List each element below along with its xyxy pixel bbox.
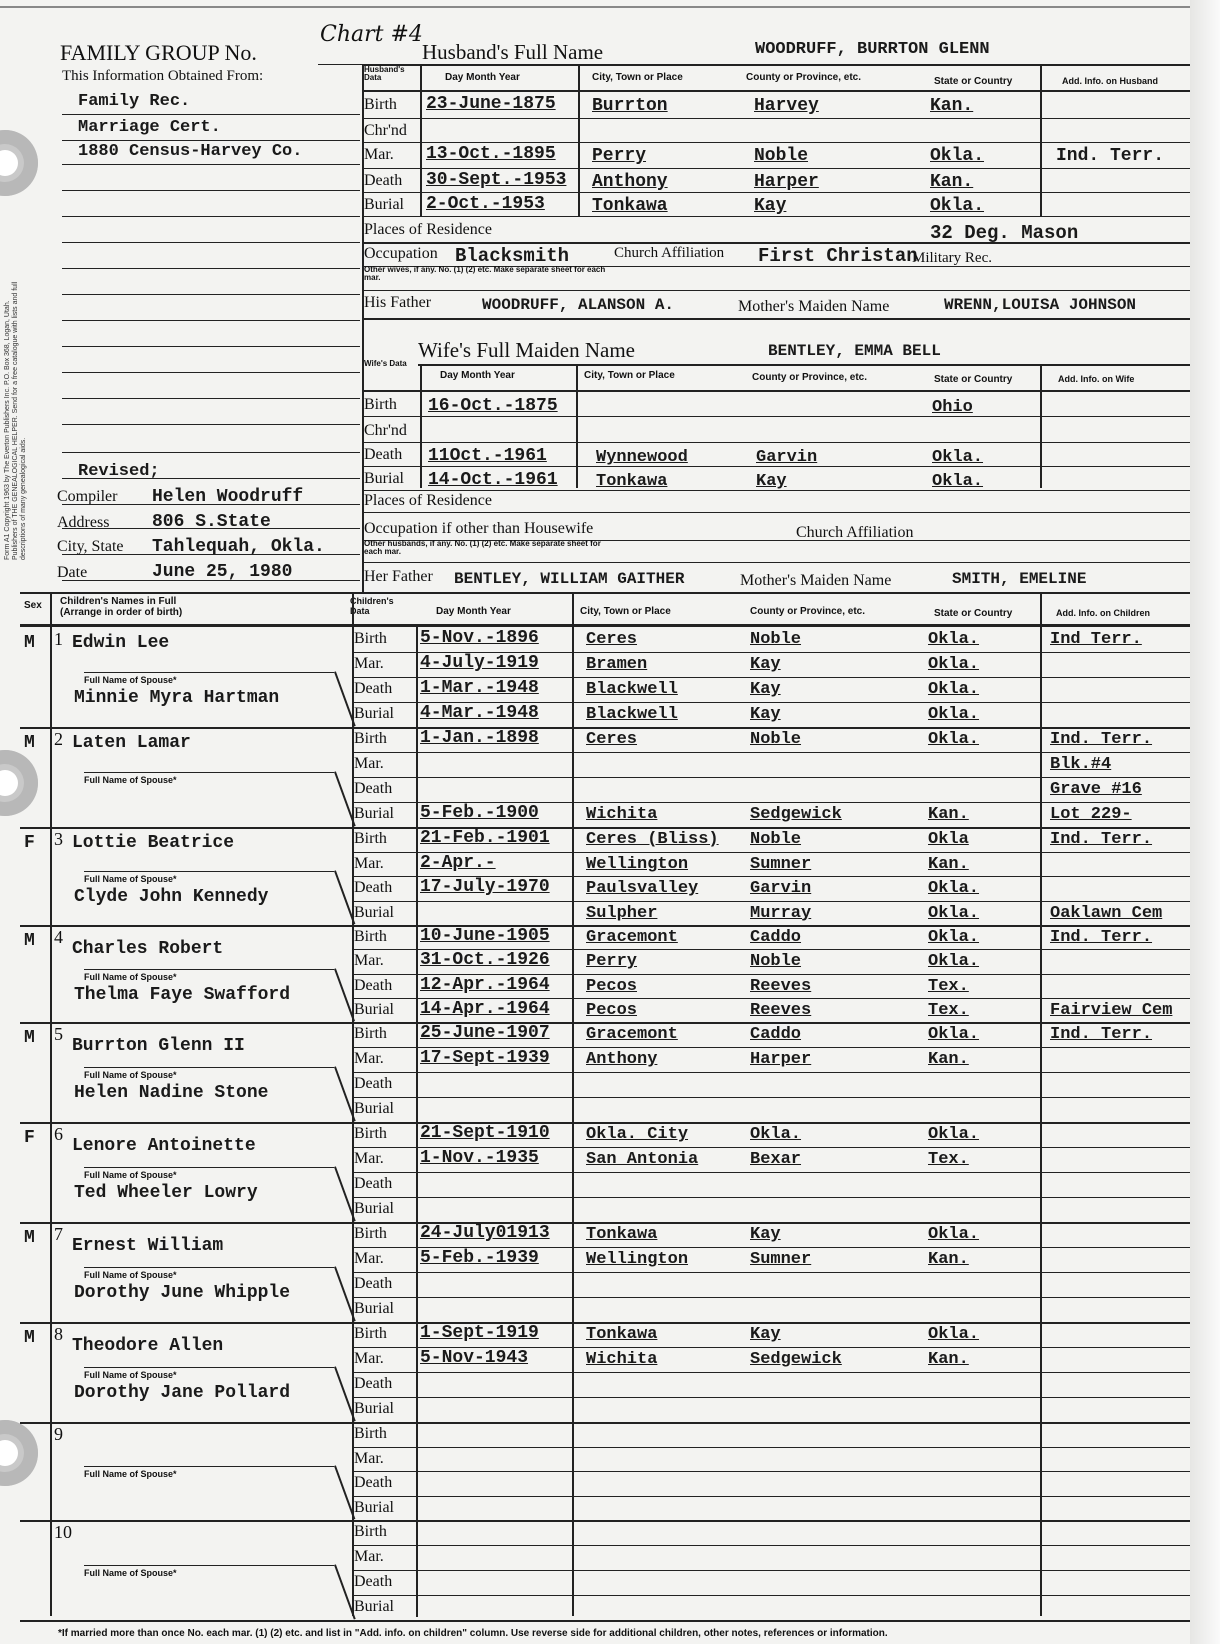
child-row-line — [352, 777, 1190, 778]
child-event-city: Tonkawa — [586, 1225, 657, 1244]
wife-event-county: Garvin — [756, 448, 817, 467]
husband-event-type: Death — [364, 172, 402, 190]
wife-name-label: Wife's Full Maiden Name — [418, 338, 635, 363]
child-event-add-info: Ind Terr. — [1050, 630, 1142, 649]
county-col-header: County or Province, etc. — [746, 72, 861, 83]
source-line — [62, 346, 360, 347]
child-event-state: Okla — [928, 830, 969, 849]
child-event-date: 10-June-1905 — [420, 926, 550, 946]
wife-residence-label: Places of Residence — [364, 492, 492, 510]
child-event-add-info: Fairview Cem — [1050, 1001, 1172, 1020]
child-row-line — [352, 752, 1190, 753]
spouse-label: Full Name of Spouse* — [84, 775, 177, 785]
church-value: First Christan — [758, 245, 918, 267]
child-event-type: Death — [354, 1375, 392, 1393]
child-block-divider — [20, 1422, 1190, 1424]
child-event-state: Okla. — [928, 1125, 979, 1144]
child-event-state: Okla. — [928, 630, 979, 649]
child-event-city: Gracemont — [586, 1025, 678, 1044]
child-event-type: Mar. — [354, 952, 384, 970]
spouse-line — [84, 1167, 334, 1168]
spouse-label: Full Name of Spouse* — [84, 1070, 177, 1080]
child-event-date: 4-Mar.-1948 — [420, 703, 539, 723]
footnote: *If married more than once No. each mar.… — [58, 1628, 888, 1639]
child-block-divider — [20, 1520, 1190, 1522]
husband-event-county: Kay — [754, 196, 786, 216]
hus-date-col-line — [420, 64, 422, 216]
top-border — [0, 6, 1190, 8]
punch-hole-top — [0, 130, 38, 196]
husband-event-type: Birth — [364, 96, 397, 114]
spouse-line — [84, 1267, 334, 1268]
sex-col-line — [50, 592, 52, 1616]
child-event-state: Okla. — [928, 928, 979, 947]
address-value: 806 S.State — [152, 512, 271, 532]
child-event-type: Birth — [354, 1025, 387, 1043]
child-event-state: Okla. — [928, 879, 979, 898]
child-event-county: Sumner — [750, 1250, 811, 1269]
source-line — [62, 424, 360, 425]
child-event-county: Caddo — [750, 928, 801, 947]
child-event-type: Birth — [354, 730, 387, 748]
wife-event-date: 11Oct.-1961 — [428, 446, 547, 466]
child-event-date: 4-July-1919 — [420, 653, 539, 673]
child-event-city: Pecos — [586, 1001, 637, 1020]
date-col-header: Day Month Year — [445, 72, 520, 83]
child-sex: M — [24, 1328, 35, 1348]
child-event-type: Death — [354, 1275, 392, 1293]
child-event-type: Death — [354, 1075, 392, 1093]
child-name: Lottie Beatrice — [72, 833, 234, 853]
husband-row-line — [362, 216, 1190, 217]
child-event-type: Burial — [354, 1001, 394, 1019]
wife-row-line — [362, 442, 1190, 443]
child-row-line — [352, 1397, 1190, 1398]
father-line — [362, 318, 1190, 320]
child-number: 6 — [54, 1124, 63, 1145]
child-event-state: Okla. — [928, 705, 979, 724]
child-event-type: Death — [354, 1474, 392, 1492]
punch-hole-bottom — [0, 1420, 38, 1486]
spouse-label: Full Name of Spouse* — [84, 874, 177, 884]
spouse-line — [84, 969, 334, 970]
child-number: 4 — [54, 927, 63, 948]
church-label: Church Affiliation — [614, 245, 724, 262]
child-event-type: Mar. — [354, 1450, 384, 1468]
child-number: 5 — [54, 1024, 63, 1045]
children-names-subheader: (Arrange in order of birth) — [60, 607, 182, 618]
wife-state-col-header: State or Country — [934, 374, 1012, 385]
wife-header-line — [362, 390, 1190, 392]
child-event-county: Sedgewick — [750, 1350, 842, 1369]
child-event-city: Wichita — [586, 1350, 657, 1369]
child-event-city: Ceres — [586, 630, 637, 649]
source-3: 1880 Census-Harvey Co. — [78, 142, 302, 161]
child-name: Theodore Allen — [72, 1336, 223, 1356]
child-event-state: Kan. — [928, 855, 969, 874]
child-number: 8 — [54, 1324, 63, 1345]
source-line — [62, 580, 360, 581]
child-event-county: Kay — [750, 1325, 781, 1344]
child-event-type: Mar. — [354, 1050, 384, 1068]
child-name: Ernest William — [72, 1236, 223, 1256]
child-event-county: Noble — [750, 730, 801, 749]
wife-event-city: Wynnewood — [596, 448, 688, 467]
child-event-city: Perry — [586, 952, 637, 971]
child-block-divider — [20, 1122, 1190, 1124]
child-event-type: Burial — [354, 1499, 394, 1517]
husband-event-state: Okla. — [930, 146, 984, 166]
source-line — [62, 216, 360, 217]
address-label: Address — [57, 514, 109, 532]
wife-row-line — [362, 416, 1190, 417]
child-spouse-name: Dorothy June Whipple — [74, 1283, 290, 1303]
child-spouse-name: Thelma Faye Swafford — [74, 985, 290, 1005]
child-sex: F — [24, 1128, 35, 1148]
wife-city-col-line — [576, 364, 578, 488]
child-event-add-info: Ind. Terr. — [1050, 928, 1152, 947]
child-event-add-info: Lot 229- — [1050, 805, 1132, 824]
child-event-date: 24-July01913 — [420, 1223, 550, 1243]
child-event-county: Bexar — [750, 1150, 801, 1169]
source-line — [62, 504, 360, 505]
child-event-type: Death — [354, 1573, 392, 1591]
husband-event-date: 13-Oct.-1895 — [426, 144, 556, 164]
husband-row-line — [362, 142, 1190, 143]
children-names-header: Children's Names in Full — [60, 596, 176, 607]
child-number: 9 — [54, 1424, 63, 1445]
spouse-line — [84, 1466, 334, 1467]
spouse-line — [84, 1565, 334, 1566]
spouse-line — [84, 672, 334, 673]
child-event-type: Burial — [354, 1300, 394, 1318]
husband-event-type: Mar. — [364, 146, 394, 164]
child-spouse-name: Dorothy Jane Pollard — [74, 1383, 290, 1403]
child-event-county: Noble — [750, 630, 801, 649]
child-event-state: Okla. — [928, 952, 979, 971]
child-row-line — [352, 1496, 1190, 1497]
wife-date-col-line — [420, 364, 422, 488]
wife-maiden-name: BENTLEY, EMMA BELL — [768, 342, 941, 360]
wife-row-line — [362, 490, 1190, 491]
husband-name-label: Husband's Full Name — [422, 40, 603, 65]
husband-event-type: Burial — [364, 196, 404, 214]
child-row-line — [352, 1197, 1190, 1198]
her-mother-value: SMITH, EMELINE — [952, 570, 1086, 588]
child-event-state: Kan. — [928, 1350, 969, 1369]
child-event-type: Death — [354, 780, 392, 798]
state-col-header: State or Country — [934, 76, 1012, 87]
child-name: Laten Lamar — [72, 733, 191, 753]
husband-row-line — [362, 118, 1190, 119]
child-sex: M — [24, 931, 35, 951]
child-event-date: 31-Oct.-1926 — [420, 950, 550, 970]
spouse-label: Full Name of Spouse* — [84, 972, 177, 982]
punch-hole-middle — [0, 750, 38, 816]
child-event-type: Death — [354, 977, 392, 995]
child-event-city: San Antonia — [586, 1150, 698, 1169]
husband-event-date: 23-June-1875 — [426, 94, 556, 114]
source-1: Family Rec. — [78, 92, 190, 111]
child-number: 2 — [54, 729, 63, 750]
child-event-city: Bramen — [586, 655, 647, 674]
source-line — [62, 372, 360, 373]
wife-event-state: Okla. — [932, 448, 983, 467]
husband-event-city: Anthony — [592, 172, 668, 192]
child-name: Lenore Antoinette — [72, 1136, 256, 1156]
child-event-county: Noble — [750, 830, 801, 849]
source-line — [62, 528, 360, 529]
her-father-label: Her Father — [364, 568, 433, 586]
child-spouse-name: Clyde John Kennedy — [74, 887, 268, 907]
child-event-type: Mar. — [354, 655, 384, 673]
child-event-add-info: Grave #16 — [1050, 780, 1142, 799]
husband-event-date: 30-Sept.-1953 — [426, 170, 566, 190]
residence-label: Places of Residence — [364, 221, 492, 239]
child-event-date: 1-Nov.-1935 — [420, 1148, 539, 1168]
child-event-city: Sulpher — [586, 904, 657, 923]
child-event-type: Burial — [354, 805, 394, 823]
child-event-state: Kan. — [928, 1250, 969, 1269]
husband-table-top — [362, 64, 1190, 66]
child-event-county: Okla. — [750, 1125, 801, 1144]
child-event-city: Wichita — [586, 805, 657, 824]
husband-row-line — [362, 168, 1190, 169]
child-event-state: Kan. — [928, 1050, 969, 1069]
child-event-city: Okla. City — [586, 1125, 688, 1144]
his-mother-label: Mother's Maiden Name — [738, 298, 889, 316]
residence-line — [362, 242, 1190, 244]
child-event-type: Birth — [354, 830, 387, 848]
child-name: Edwin Lee — [72, 633, 169, 653]
info-source-label: This Information Obtained From: — [62, 68, 263, 85]
child-event-county: Reeves — [750, 1001, 811, 1020]
date-value: June 25, 1980 — [152, 562, 292, 582]
hus-city-col-line — [578, 64, 580, 216]
source-line — [62, 140, 360, 141]
wife-event-date: 16-Oct.-1875 — [428, 396, 558, 416]
child-event-type: Burial — [354, 705, 394, 723]
hus-header-line — [362, 90, 1190, 92]
add-info-children-header: Add. Info. on Children — [1056, 608, 1150, 618]
child-event-add-info: Ind. Terr. — [1050, 830, 1152, 849]
child-event-type: Death — [354, 879, 392, 897]
child-event-type: Mar. — [354, 1548, 384, 1566]
add-info-wife-header: Add. Info. on Wife — [1058, 374, 1134, 384]
source-line — [62, 398, 360, 399]
wife-table-top — [418, 364, 1190, 366]
wife-event-date: 14-Oct.-1961 — [428, 470, 558, 490]
spouse-label: Full Name of Spouse* — [84, 1370, 177, 1380]
wife-event-state: Ohio — [932, 398, 973, 417]
husband-event-date: 2-Oct.-1953 — [426, 194, 545, 214]
husband-event-county: Harvey — [754, 96, 819, 116]
child-event-type: Burial — [354, 1400, 394, 1418]
husband-section-left-border — [362, 64, 364, 594]
child-event-county: Murray — [750, 904, 811, 923]
child-row-line — [352, 1570, 1190, 1571]
ch-city-col-line — [572, 592, 574, 1616]
child-event-date: 1-Jan.-1898 — [420, 728, 539, 748]
wife-event-type: Burial — [364, 470, 404, 488]
husband-event-type: Chr'nd — [364, 122, 407, 140]
child-spouse-name: Ted Wheeler Lowry — [74, 1183, 258, 1203]
child-block-divider — [20, 727, 1190, 729]
child-event-type: Mar. — [354, 1150, 384, 1168]
child-event-date: 1-Sept-1919 — [420, 1323, 539, 1343]
child-event-type: Birth — [354, 1425, 387, 1443]
spouse-line — [84, 871, 334, 872]
child-name: Charles Robert — [72, 939, 223, 959]
child-block-divider — [20, 1222, 1190, 1224]
occupation-label: Occupation — [364, 245, 438, 263]
husband-event-add-info: Ind. Terr. — [1056, 146, 1164, 166]
spouse-line — [84, 772, 334, 773]
child-event-date: 21-Sept-1910 — [420, 1123, 550, 1143]
other-wives-label: Other wives, if any. No. (1) (2) etc. Ma… — [364, 266, 614, 282]
wife-event-type: Chr'nd — [364, 422, 407, 440]
child-spouse-name: Minnie Myra Hartman — [74, 688, 279, 708]
child-event-type: Birth — [354, 1225, 387, 1243]
child-number: 10 — [54, 1522, 72, 1543]
child-event-date: 2-Apr.- — [420, 853, 496, 873]
child-event-date: 5-Nov.-1896 — [420, 628, 539, 648]
child-event-state: Okla. — [928, 904, 979, 923]
child-event-state: Okla. — [928, 730, 979, 749]
child-event-city: Wellington — [586, 855, 688, 874]
child-event-type: Birth — [354, 1325, 387, 1343]
form-title: FAMILY GROUP No. — [60, 40, 257, 66]
child-event-county: Kay — [750, 705, 781, 724]
child-block-divider — [20, 1322, 1190, 1324]
source-line — [62, 164, 360, 165]
child-event-county: Reeves — [750, 977, 811, 996]
child-event-type: Burial — [354, 904, 394, 922]
child-event-state: Okla. — [928, 1225, 979, 1244]
child-sex: M — [24, 1028, 35, 1048]
child-event-date: 12-Apr.-1964 — [420, 975, 550, 995]
husband-event-state: Kan. — [930, 172, 973, 192]
child-block-divider — [20, 1022, 1190, 1024]
child-event-date: 17-July-1970 — [420, 877, 550, 897]
source-line — [62, 114, 360, 115]
his-father-value: WOODRUFF, ALANSON A. — [482, 296, 674, 314]
child-event-add-info: Blk.#4 — [1050, 755, 1111, 774]
child-event-city: Pecos — [586, 977, 637, 996]
wife-occupation-label: Occupation if other than Housewife — [364, 520, 593, 538]
child-event-type: Birth — [354, 1523, 387, 1541]
child-event-add-info: Oaklawn Cem — [1050, 904, 1162, 923]
child-event-city: Wellington — [586, 1250, 688, 1269]
children-state-col-header: State or Country — [934, 608, 1012, 619]
child-row-line — [352, 1545, 1190, 1546]
children-header-top — [20, 592, 1190, 594]
child-sex: M — [24, 733, 35, 753]
residence-note: 32 Deg. Mason — [930, 222, 1078, 244]
child-block-divider — [20, 827, 1190, 829]
child-event-type: Mar. — [354, 1350, 384, 1368]
wife-data-header: Wife's Data — [364, 360, 408, 368]
hus-add-col-line — [1040, 64, 1042, 216]
child-event-state: Tex. — [928, 1001, 969, 1020]
wife-event-state: Okla. — [932, 472, 983, 491]
other-wives-line — [362, 290, 1190, 291]
child-event-city: Anthony — [586, 1050, 657, 1069]
children-date-col-header: Day Month Year — [436, 606, 511, 617]
child-event-city: Ceres — [586, 730, 637, 749]
child-event-type: Mar. — [354, 755, 384, 773]
husband-event-city: Perry — [592, 146, 646, 166]
child-number: 3 — [54, 829, 63, 850]
child-row-line — [352, 1372, 1190, 1373]
child-event-date: 21-Feb.-1901 — [420, 828, 550, 848]
child-event-state: Okla. — [928, 1025, 979, 1044]
child-row-line — [352, 1272, 1190, 1273]
husband-event-state: Kan. — [930, 96, 973, 116]
child-event-date: 5-Feb.-1939 — [420, 1248, 539, 1268]
child-sex: M — [24, 1228, 35, 1248]
his-father-label: His Father — [364, 294, 431, 312]
child-event-state: Kan. — [928, 805, 969, 824]
wife-event-city: Tonkawa — [596, 472, 667, 491]
wife-county-col-header: County or Province, etc. — [752, 372, 867, 383]
children-county-col-header: County or Province, etc. — [750, 606, 865, 617]
child-event-state: Okla. — [928, 1325, 979, 1344]
source-2: Marriage Cert. — [78, 118, 221, 137]
child-event-date: 25-June-1907 — [420, 1023, 550, 1043]
spouse-label: Full Name of Spouse* — [84, 1469, 177, 1479]
source-line — [62, 294, 360, 295]
child-event-add-info: Ind. Terr. — [1050, 730, 1152, 749]
source-line — [62, 242, 360, 243]
children-header-bottom — [20, 624, 1190, 627]
other-husbands-label: Other husbands, if any. No. (1) (2) etc.… — [364, 540, 614, 556]
source-line — [62, 452, 360, 453]
paper-edge — [1190, 0, 1220, 1644]
occupation-value: Blacksmith — [455, 245, 569, 267]
child-event-county: Noble — [750, 952, 801, 971]
spouse-label: Full Name of Spouse* — [84, 675, 177, 685]
her-mother-label: Mother's Maiden Name — [740, 572, 891, 590]
child-event-city: Ceres (Bliss) — [586, 830, 719, 849]
child-block-divider — [20, 925, 1190, 927]
spouse-line — [84, 1067, 334, 1068]
child-event-date: 5-Feb.-1900 — [420, 803, 539, 823]
ch-add-col-line — [1040, 592, 1042, 1616]
child-row-line — [352, 1471, 1190, 1472]
copyright-notice: Form A1 Copyright 1963 by The Everton Pu… — [4, 280, 28, 560]
child-event-type: Mar. — [354, 855, 384, 873]
child-name: Burrton Glenn II — [72, 1036, 245, 1056]
source-line — [62, 268, 360, 269]
wife-event-type: Birth — [364, 396, 397, 414]
group-number: Chart #4 — [320, 22, 423, 47]
child-event-state: Tex. — [928, 1150, 969, 1169]
child-event-city: Paulsvalley — [586, 879, 698, 898]
children-data-header: Children's Data — [350, 596, 400, 616]
child-event-state: Okla. — [928, 680, 979, 699]
child-event-county: Kay — [750, 1225, 781, 1244]
child-event-type: Burial — [354, 1200, 394, 1218]
child-spouse-name: Helen Nadine Stone — [74, 1083, 268, 1103]
child-event-county: Garvin — [750, 879, 811, 898]
wife-date-col-header: Day Month Year — [440, 370, 515, 381]
child-event-type: Birth — [354, 928, 387, 946]
child-event-date: 14-Apr.-1964 — [420, 999, 550, 1019]
child-row-line — [352, 1595, 1190, 1596]
wife-residence-line — [362, 512, 1190, 513]
child-number: 1 — [54, 629, 63, 650]
